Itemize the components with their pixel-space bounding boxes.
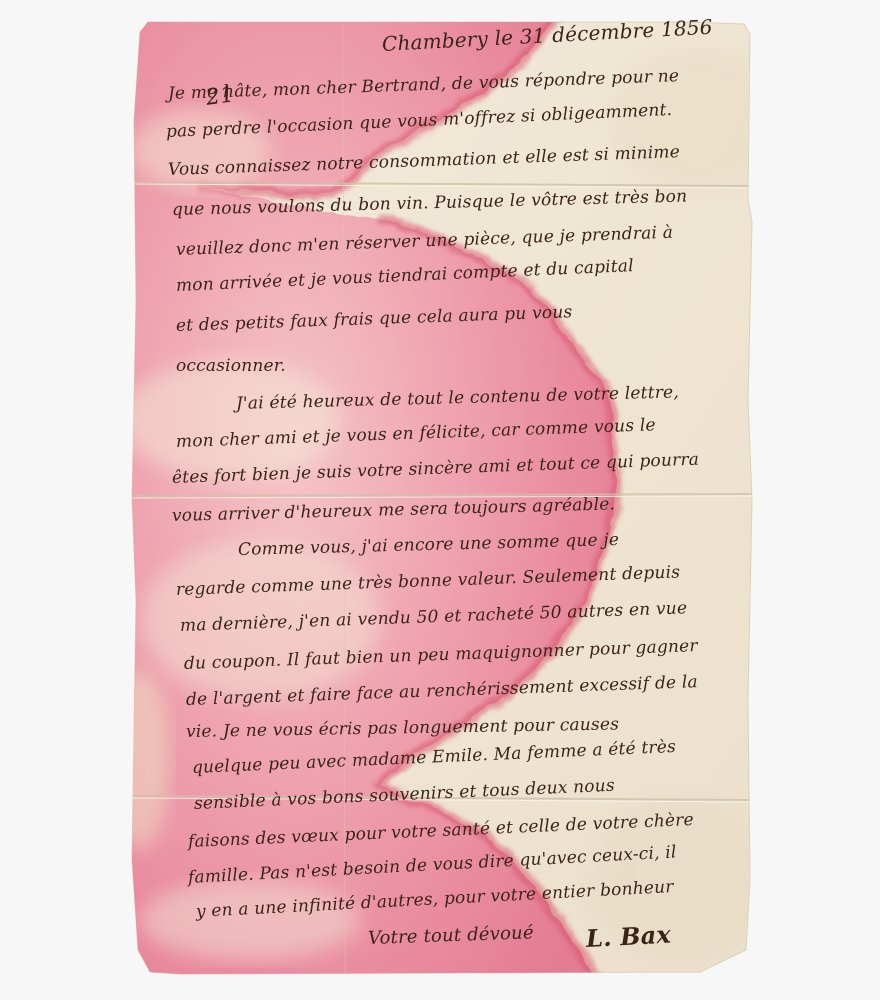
letter-line: sensible à vos bons souvenirs et tous de… <box>194 776 616 814</box>
letter-line: êtes fort bien je suis votre sincère ami… <box>172 450 700 488</box>
letter-line: Je me hâte, mon cher Bertrand, de vous r… <box>168 66 680 104</box>
letter-line: ma dernière, j'en ai vendu 50 et racheté… <box>180 598 688 636</box>
letter-line: regarde comme une très bonne valeur. Seu… <box>176 562 681 600</box>
letter-line: occasionner. <box>176 356 286 376</box>
dateline: Chambery le 31 décembre 1856 <box>381 15 713 56</box>
letter-line: du coupon. Il faut bien un peu maquignon… <box>184 636 698 674</box>
letter-line: quelque peu avec madame Emile. Ma femme … <box>192 737 677 778</box>
letter-scan: 21 Chambery le 31 décembre 1856 Je me hâ… <box>0 0 880 1000</box>
letter-line: mon arrivée et je vous tiendrai compte e… <box>176 256 635 296</box>
letter-line: vous arriver d'heureux me sera toujours … <box>172 494 616 526</box>
closing-line: Votre tout dévoué <box>368 922 534 949</box>
letter-line: Vous connaissez notre consommation et el… <box>168 142 681 180</box>
letter-line: de l'argent et faire face au renchérisse… <box>186 672 699 710</box>
letter-line: J'ai été heureux de tout le contenu de v… <box>236 382 679 414</box>
letter-line: et des petits faux frais que cela aura p… <box>176 302 573 336</box>
letter-line: mon cher ami et je vous en félicite, car… <box>176 415 656 452</box>
letter-line: pas perdre l'occasion que vous m'offrez … <box>166 100 673 142</box>
letter-line: que nous voulons du bon vin. Puisque le … <box>172 187 688 220</box>
letter-line: veuillez donc m'en réserver une pièce, q… <box>176 223 674 260</box>
letter-text: 21 Chambery le 31 décembre 1856 Je me hâ… <box>0 0 880 1000</box>
signature: L. Bax <box>585 920 671 953</box>
letter-line: Comme vous, j'ai encore une somme que je <box>238 530 620 560</box>
letter-line: vie. Je ne vous écris pas longuement pou… <box>186 714 619 742</box>
